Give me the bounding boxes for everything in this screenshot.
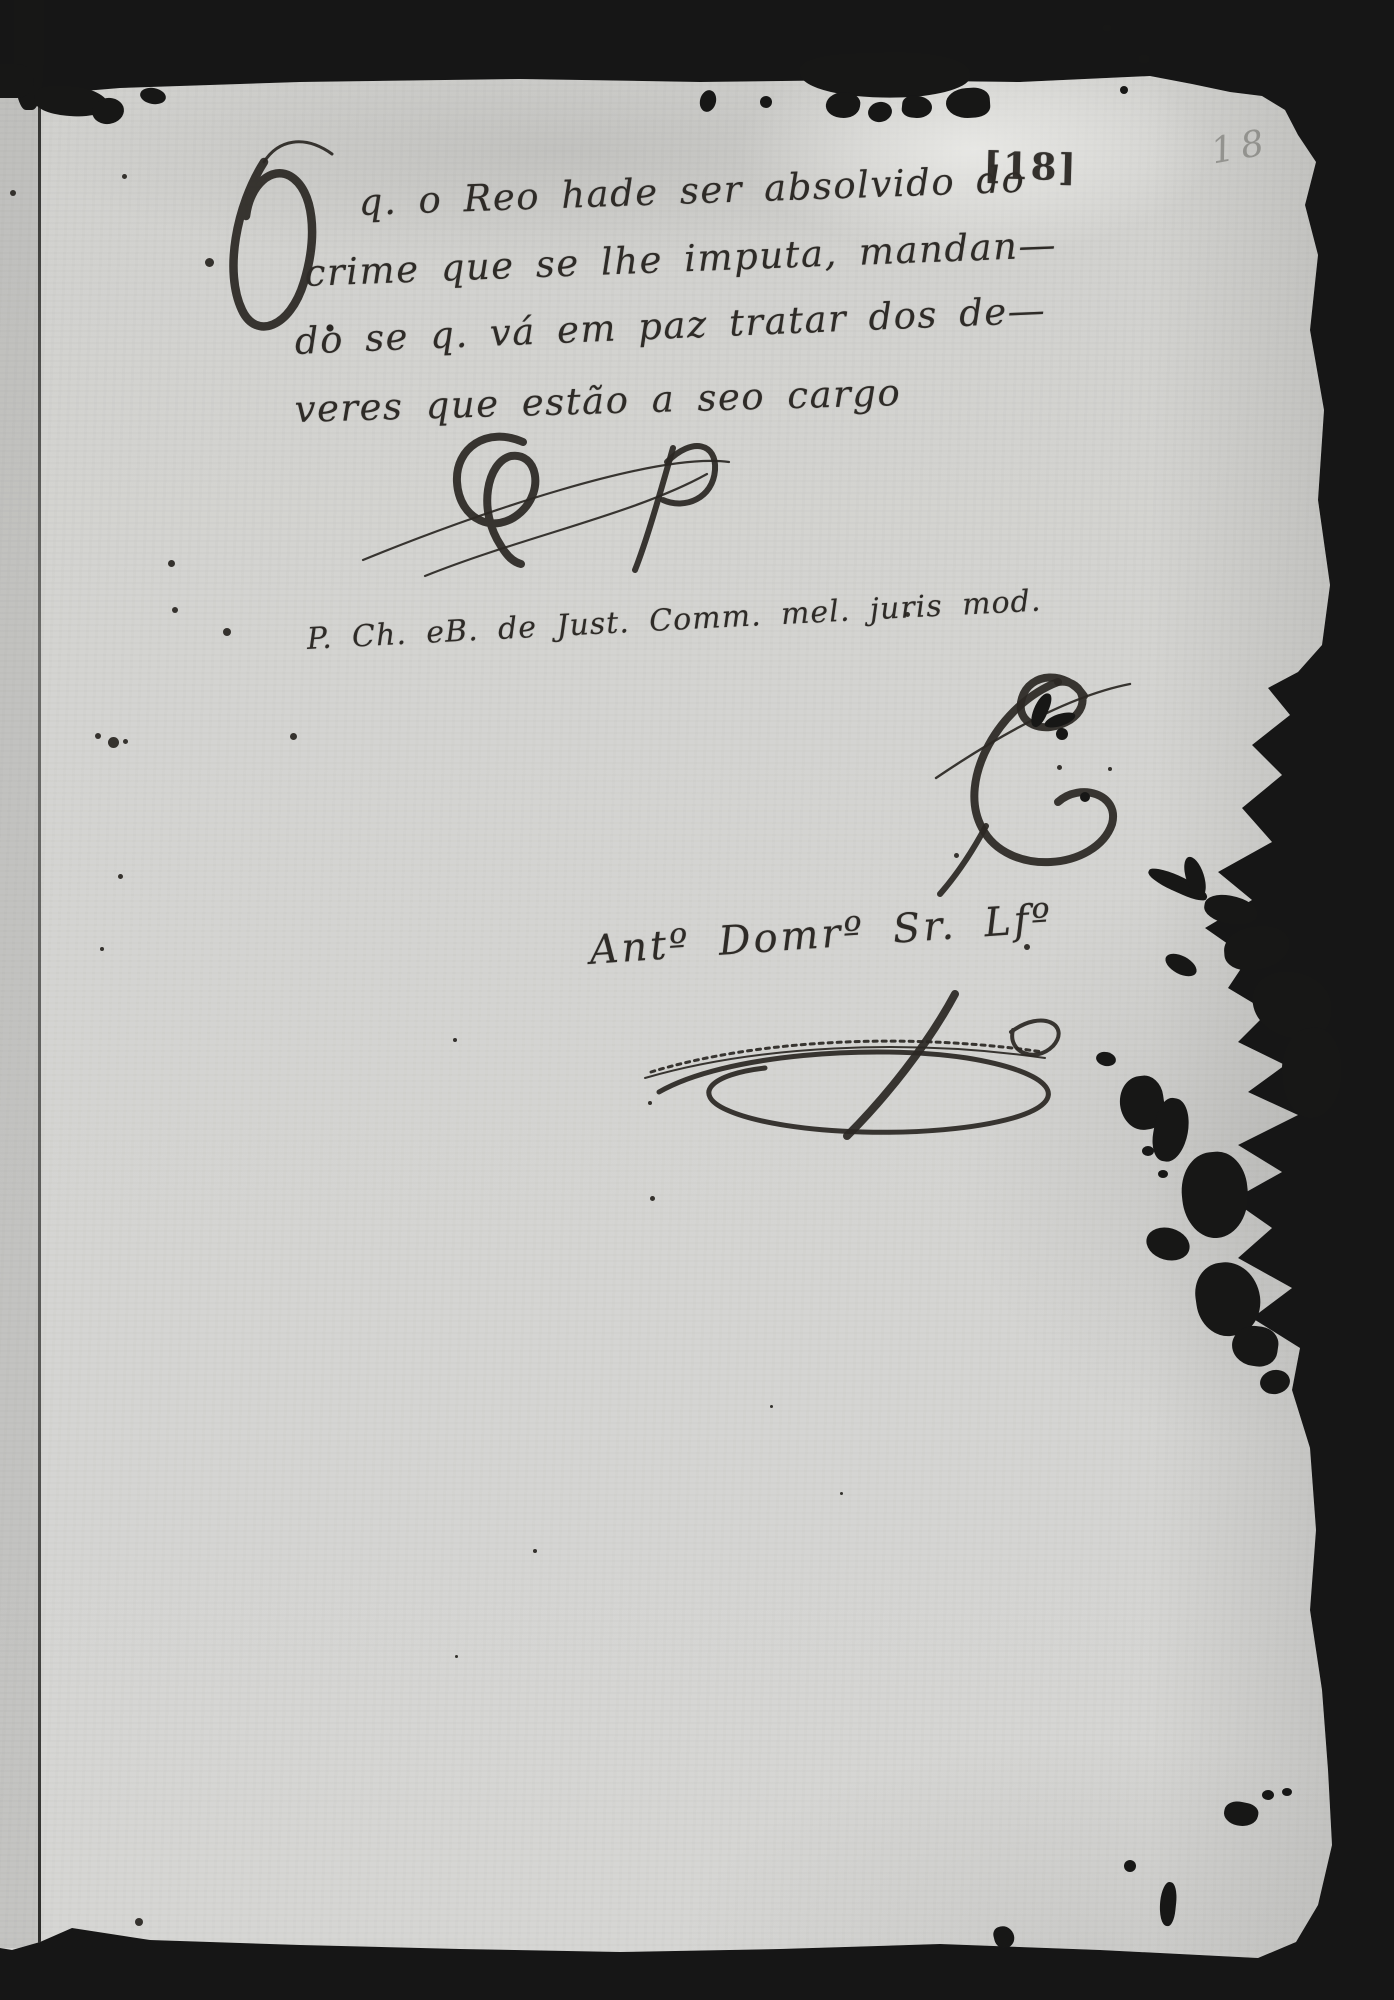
page-fold-line <box>38 78 41 1944</box>
signature-paraph <box>615 988 1090 1138</box>
ink-stain <box>455 1655 458 1658</box>
torn-edge-blob <box>0 64 34 98</box>
ink-stain <box>100 947 104 951</box>
torn-edge-blob <box>1282 1788 1292 1796</box>
signature: Antº Domrº Sr. Lfº <box>588 896 1055 974</box>
manuscript-line-1: q. o Reo hade ser absolvido do <box>358 158 1026 224</box>
flourish-initials <box>355 418 735 588</box>
initial-letter-p <box>212 132 342 342</box>
ink-stain <box>205 258 214 267</box>
ink-stain <box>645 33 654 42</box>
ink-stain <box>954 853 959 858</box>
torn-edge-blob <box>1262 1790 1274 1800</box>
torn-edge-blob <box>1056 728 1068 740</box>
ink-stain <box>108 737 119 748</box>
ink-stain <box>1057 765 1062 770</box>
ink-stain <box>648 1101 652 1105</box>
torn-edge-blob <box>760 96 772 108</box>
ink-stain <box>172 607 178 613</box>
manuscript-line-2: crime que se lhe imputa, mandan— <box>304 223 1058 295</box>
paper-sheet: [18] 18 q. o Reo hade ser absolvido do c… <box>0 0 1394 2000</box>
torn-edge-blob <box>1102 24 1112 32</box>
ink-stain <box>290 733 297 740</box>
torn-edge-blob <box>1158 1170 1168 1178</box>
ink-stain <box>533 1549 537 1553</box>
ink-stain <box>905 612 910 617</box>
ink-stain <box>118 874 123 879</box>
torn-edge-blob <box>1080 792 1090 802</box>
torn-edge-blob <box>1279 1026 1345 1120</box>
torn-edge-blob <box>1142 1146 1154 1156</box>
torn-edge-blob <box>1223 924 1292 972</box>
rubric-monogram <box>928 658 1138 898</box>
scanned-manuscript-page: [18] 18 q. o Reo hade ser absolvido do c… <box>0 0 1394 2000</box>
torn-edge-blob <box>1138 54 1150 64</box>
manuscript-line-3: do se q. vá em paz tratar dos de— <box>294 289 1047 363</box>
ink-stain <box>1024 944 1030 950</box>
binding-margin-shade <box>0 78 38 1948</box>
torn-edge-blob <box>1120 86 1128 94</box>
ink-stain <box>168 560 175 567</box>
ink-stain <box>840 1492 843 1495</box>
ink-stain <box>95 733 101 739</box>
ink-stain <box>1108 767 1112 771</box>
ink-stain <box>453 1038 457 1042</box>
ink-stain <box>650 1196 655 1201</box>
ink-stain <box>770 1405 773 1408</box>
torn-edge-blob <box>1124 1860 1136 1872</box>
ink-stain <box>122 174 127 179</box>
ink-stain <box>223 628 231 636</box>
ink-stain <box>123 739 128 744</box>
closing-formula-line: P. Ch. eB. de Just. Comm. mel. juris mod… <box>306 584 1042 657</box>
ink-stain <box>10 190 16 196</box>
ink-stain <box>135 1918 143 1926</box>
